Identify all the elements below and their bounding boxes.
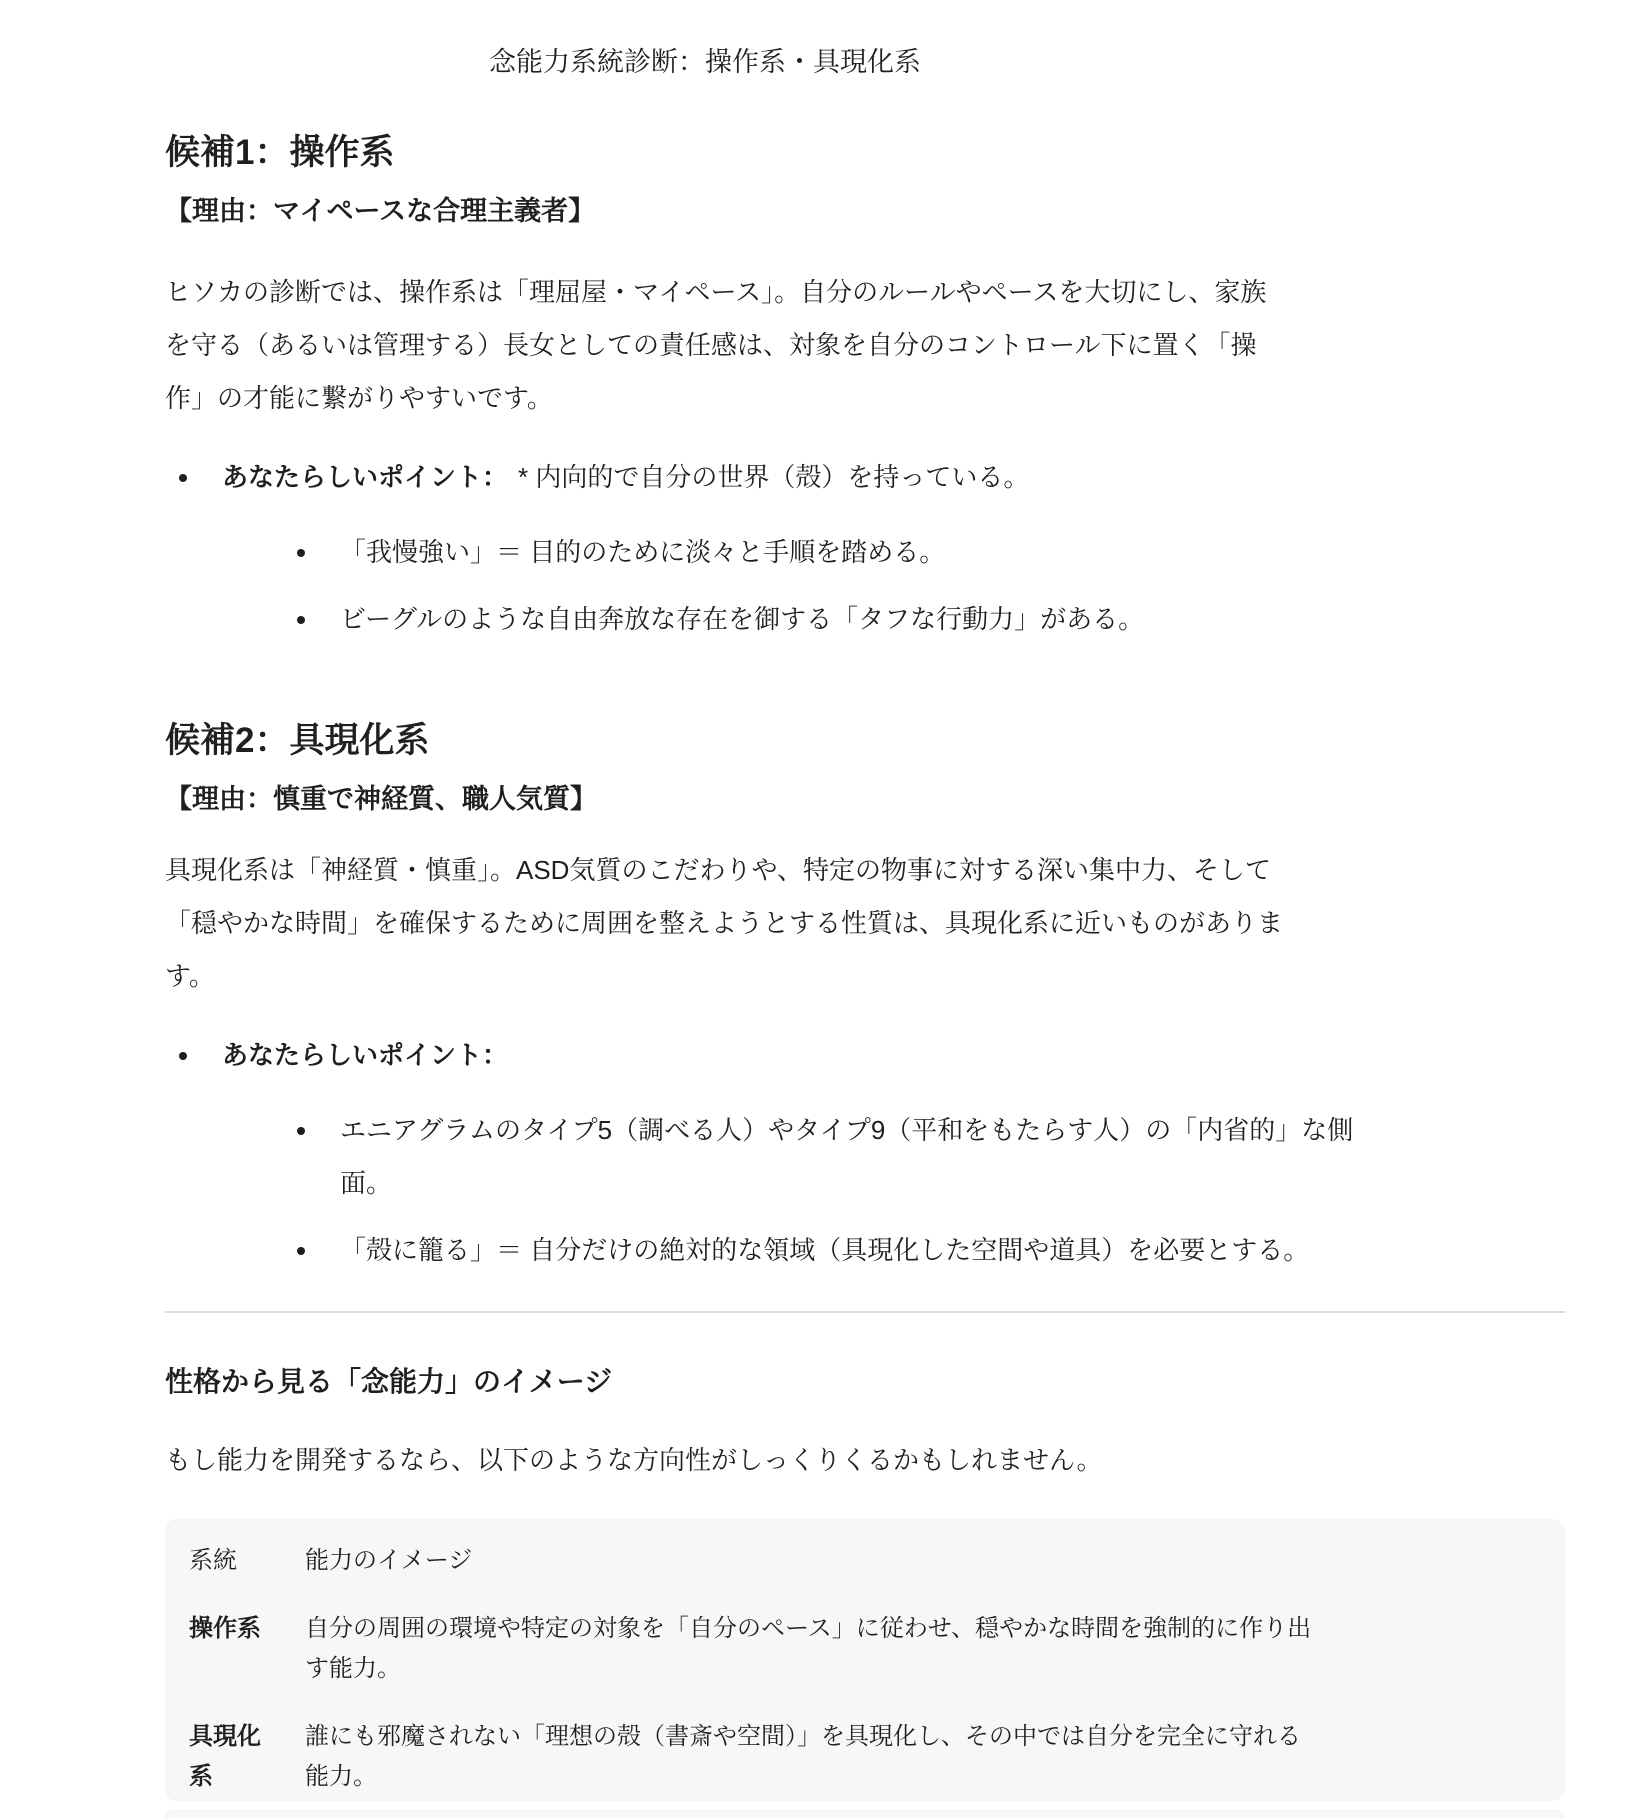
table-cell-type: 具現化 系 bbox=[165, 1717, 305, 1797]
sub-point-item: 「我慢強い」＝ 目的のために淡々と手順を踏める。 bbox=[283, 526, 1565, 579]
candidate-2-sub-point-list: エニアグラムのタイプ5（調べる人）やタイプ9（平和をもたらす人）の「内省的」な側… bbox=[283, 1104, 1565, 1277]
candidate-1-point-list: あなたらしいポイント：* 内向的で自分の世界（殻）を持っている。 「我慢強い」＝… bbox=[165, 451, 1565, 646]
document-page: 念能力系統診断：操作系・具現化系 候補1：操作系 【理由：マイペースな合理主義者… bbox=[0, 0, 1644, 1818]
candidate-1-body: ヒソカの診断では、操作系は「理屈屋・マイペース」。自分のルールやペースを大切にし… bbox=[165, 266, 1565, 425]
ability-table: 系統 能力のイメージ 操作系 自分の周囲の環境や特定の対象を「自分のペース」に従… bbox=[165, 1519, 1565, 1801]
point-item: あなたらしいポイント：* 内向的で自分の世界（殻）を持っている。 「我慢強い」＝… bbox=[165, 451, 1565, 646]
section-candidate-1: 候補1：操作系 【理由：マイペースな合理主義者】 ヒソカの診断では、操作系は「理… bbox=[165, 130, 1565, 646]
bullet-dot bbox=[297, 616, 305, 624]
candidate-2-heading: 候補2：具現化系 bbox=[165, 718, 1565, 764]
table-row: 操作系 自分の周囲の環境や特定の対象を「自分のペース」に従わせ、穏やかな時間を強… bbox=[165, 1595, 1565, 1703]
ability-section-intro: もし能力を開発するなら、以下のような方向性がしっくりくるかもしれません。 bbox=[165, 1434, 1565, 1487]
title-container: 念能力系統診断：操作系・具現化系 bbox=[165, 0, 1245, 80]
bullet-dot bbox=[179, 1052, 187, 1060]
table-header-type: 系統 bbox=[165, 1541, 305, 1581]
table-header-description: 能力のイメージ bbox=[305, 1541, 1565, 1581]
section-candidate-2: 候補2：具現化系 【理由：慎重で神経質、職人気質】 具現化系は「神経質・慎重」。… bbox=[165, 718, 1565, 1277]
document-content: 念能力系統診断：操作系・具現化系 候補1：操作系 【理由：マイペースな合理主義者… bbox=[0, 0, 1644, 1277]
sub-point-item: 「殻に籠る」＝ 自分だけの絶対的な領域（具現化した空間や道具）を必要とする。 bbox=[283, 1224, 1565, 1277]
document-title: 念能力系統診断：操作系・具現化系 bbox=[165, 44, 1245, 80]
point-item: あなたらしいポイント： エニアグラムのタイプ5（調べる人）やタイプ9（平和をもた… bbox=[165, 1029, 1565, 1277]
sub-point-text: 「殻に籠る」＝ 自分だけの絶対的な領域（具現化した空間や道具）を必要とする。 bbox=[340, 1235, 1309, 1265]
table-next-row-cutoff bbox=[165, 1809, 1565, 1818]
table-header-row: 系統 能力のイメージ bbox=[165, 1519, 1565, 1595]
candidate-1-heading: 候補1：操作系 bbox=[165, 130, 1565, 176]
candidate-1-reason: 【理由：マイペースな合理主義者】 bbox=[165, 192, 1565, 230]
point-label: あなたらしいポイント： bbox=[222, 1040, 508, 1070]
candidate-2-reason: 【理由：慎重で神経質、職人気質】 bbox=[165, 780, 1565, 818]
section-divider bbox=[165, 1311, 1565, 1313]
table-cell-type: 操作系 bbox=[165, 1609, 305, 1689]
bullet-dot bbox=[297, 1247, 305, 1255]
sub-point-text: エニアグラムのタイプ5（調べる人）やタイプ9（平和をもたらす人）の「内省的」な側… bbox=[340, 1115, 1353, 1198]
candidate-2-point-list: あなたらしいポイント： エニアグラムのタイプ5（調べる人）やタイプ9（平和をもた… bbox=[165, 1029, 1565, 1277]
sub-point-item: エニアグラムのタイプ5（調べる人）やタイプ9（平和をもたらす人）の「内省的」な側… bbox=[283, 1104, 1565, 1210]
candidate-2-body: 具現化系は「神経質・慎重」。ASD気質のこだわりや、特定の物事に対する深い集中力… bbox=[165, 844, 1565, 1003]
point-label: あなたらしいポイント： bbox=[222, 462, 508, 492]
ability-section-heading: 性格から見る「念能力」のイメージ bbox=[165, 1362, 612, 1402]
table-row: 具現化 系 誰にも邪魔されない「理想の殻（書斎や空間）」を具現化し、その中では自… bbox=[165, 1703, 1565, 1801]
sub-point-item: ビーグルのような自由奔放な存在を御する「タフな行動力」がある。 bbox=[283, 593, 1565, 646]
bullet-dot bbox=[179, 474, 187, 482]
bullet-dot bbox=[297, 1127, 305, 1135]
table-cell-description: 自分の周囲の環境や特定の対象を「自分のペース」に従わせ、穏やかな時間を強制的に作… bbox=[305, 1609, 1565, 1689]
sub-point-text: ビーグルのような自由奔放な存在を御する「タフな行動力」がある。 bbox=[340, 604, 1144, 634]
point-text: * 内向的で自分の世界（殻）を持っている。 bbox=[518, 462, 1029, 492]
sub-point-text: 「我慢強い」＝ 目的のために淡々と手順を踏める。 bbox=[340, 537, 945, 567]
bullet-dot bbox=[297, 549, 305, 557]
candidate-1-sub-point-list: 「我慢強い」＝ 目的のために淡々と手順を踏める。 ビーグルのような自由奔放な存在… bbox=[283, 526, 1565, 646]
table-cell-description: 誰にも邪魔されない「理想の殻（書斎や空間）」を具現化し、その中では自分を完全に守… bbox=[305, 1717, 1565, 1797]
